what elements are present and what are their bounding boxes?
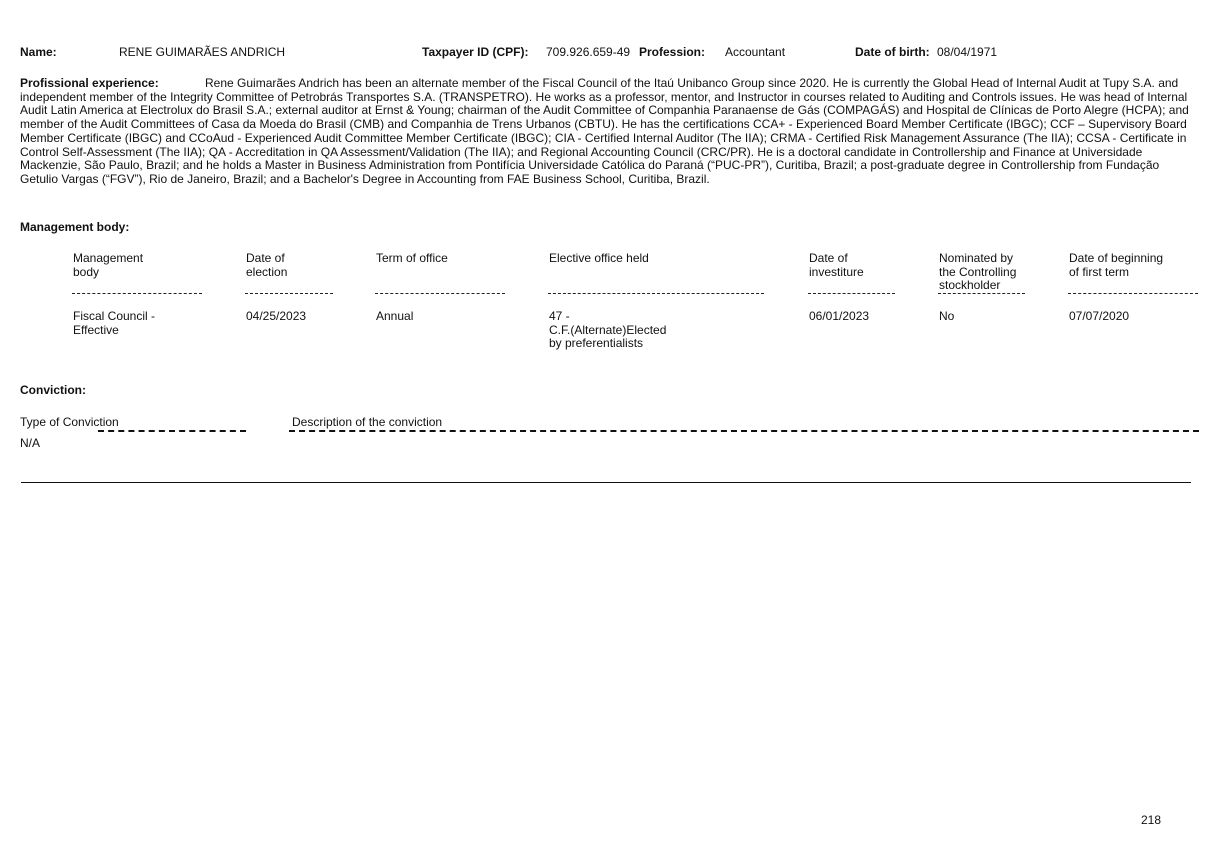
header-date-of-beginning-first-term: Date of beginningof first term xyxy=(1069,252,1163,279)
cell-elective-office-held: 47 -C.F.(Alternate)Electedby preferentia… xyxy=(549,310,666,351)
cell-date-of-beginning-first-term: 07/07/2020 xyxy=(1069,310,1129,324)
conviction-description-divider xyxy=(289,430,1199,432)
header-nominated-by-controlling-stockholder: Nominated bythe Controllingstockholder xyxy=(939,252,1016,293)
header-date-of-investiture: Date ofinvestiture xyxy=(809,252,864,279)
name-label: Name: xyxy=(20,45,57,59)
cell-date-of-election: 04/25/2023 xyxy=(246,310,306,324)
dob-label: Date of birth: xyxy=(855,45,930,59)
header-elective-office-held: Elective office held xyxy=(549,252,649,266)
header-divider xyxy=(808,293,895,294)
header-divider xyxy=(72,293,202,294)
header-divider xyxy=(375,293,505,294)
conviction-type-value: N/A xyxy=(20,436,40,450)
cell-term-of-office: Annual xyxy=(376,310,413,324)
header-management-body: Managementbody xyxy=(73,252,143,279)
cell-date-of-investiture: 06/01/2023 xyxy=(809,310,869,324)
management-section-label: Management body: xyxy=(20,220,129,234)
cpf-label: Taxpayer ID (CPF): xyxy=(422,45,528,59)
cell-management-body: Fiscal Council -Effective xyxy=(73,310,155,337)
header-divider xyxy=(548,293,764,294)
header-divider xyxy=(1068,293,1198,294)
conviction-section-label: Conviction: xyxy=(20,383,86,397)
cpf-value: 709.926.659-49 xyxy=(546,45,630,59)
conviction-description-header: Description of the conviction xyxy=(292,415,442,429)
header-divider xyxy=(938,293,1025,294)
page-number: 218 xyxy=(1141,813,1161,827)
cell-nominated-by-controlling-stockholder: No xyxy=(939,310,954,324)
header-date-of-election: Date ofelection xyxy=(246,252,287,279)
dob-value: 08/04/1971 xyxy=(937,45,997,59)
header-divider xyxy=(245,293,333,294)
conviction-type-header: Type of Conviction xyxy=(20,415,119,429)
name-value: RENE GUIMARÃES ANDRICH xyxy=(119,45,285,59)
conviction-type-divider xyxy=(98,430,246,432)
profession-label: Profession: xyxy=(639,45,705,59)
experience-label: Profissional experience: xyxy=(20,77,205,91)
experience-text: Rene Guimarães Andrich has been an alter… xyxy=(20,76,1189,186)
profession-value: Accountant xyxy=(725,45,785,59)
header-term-of-office: Term of office xyxy=(376,252,448,266)
professional-experience: Profissional experience:Rene Guimarães A… xyxy=(20,77,1190,187)
section-divider xyxy=(21,482,1191,483)
